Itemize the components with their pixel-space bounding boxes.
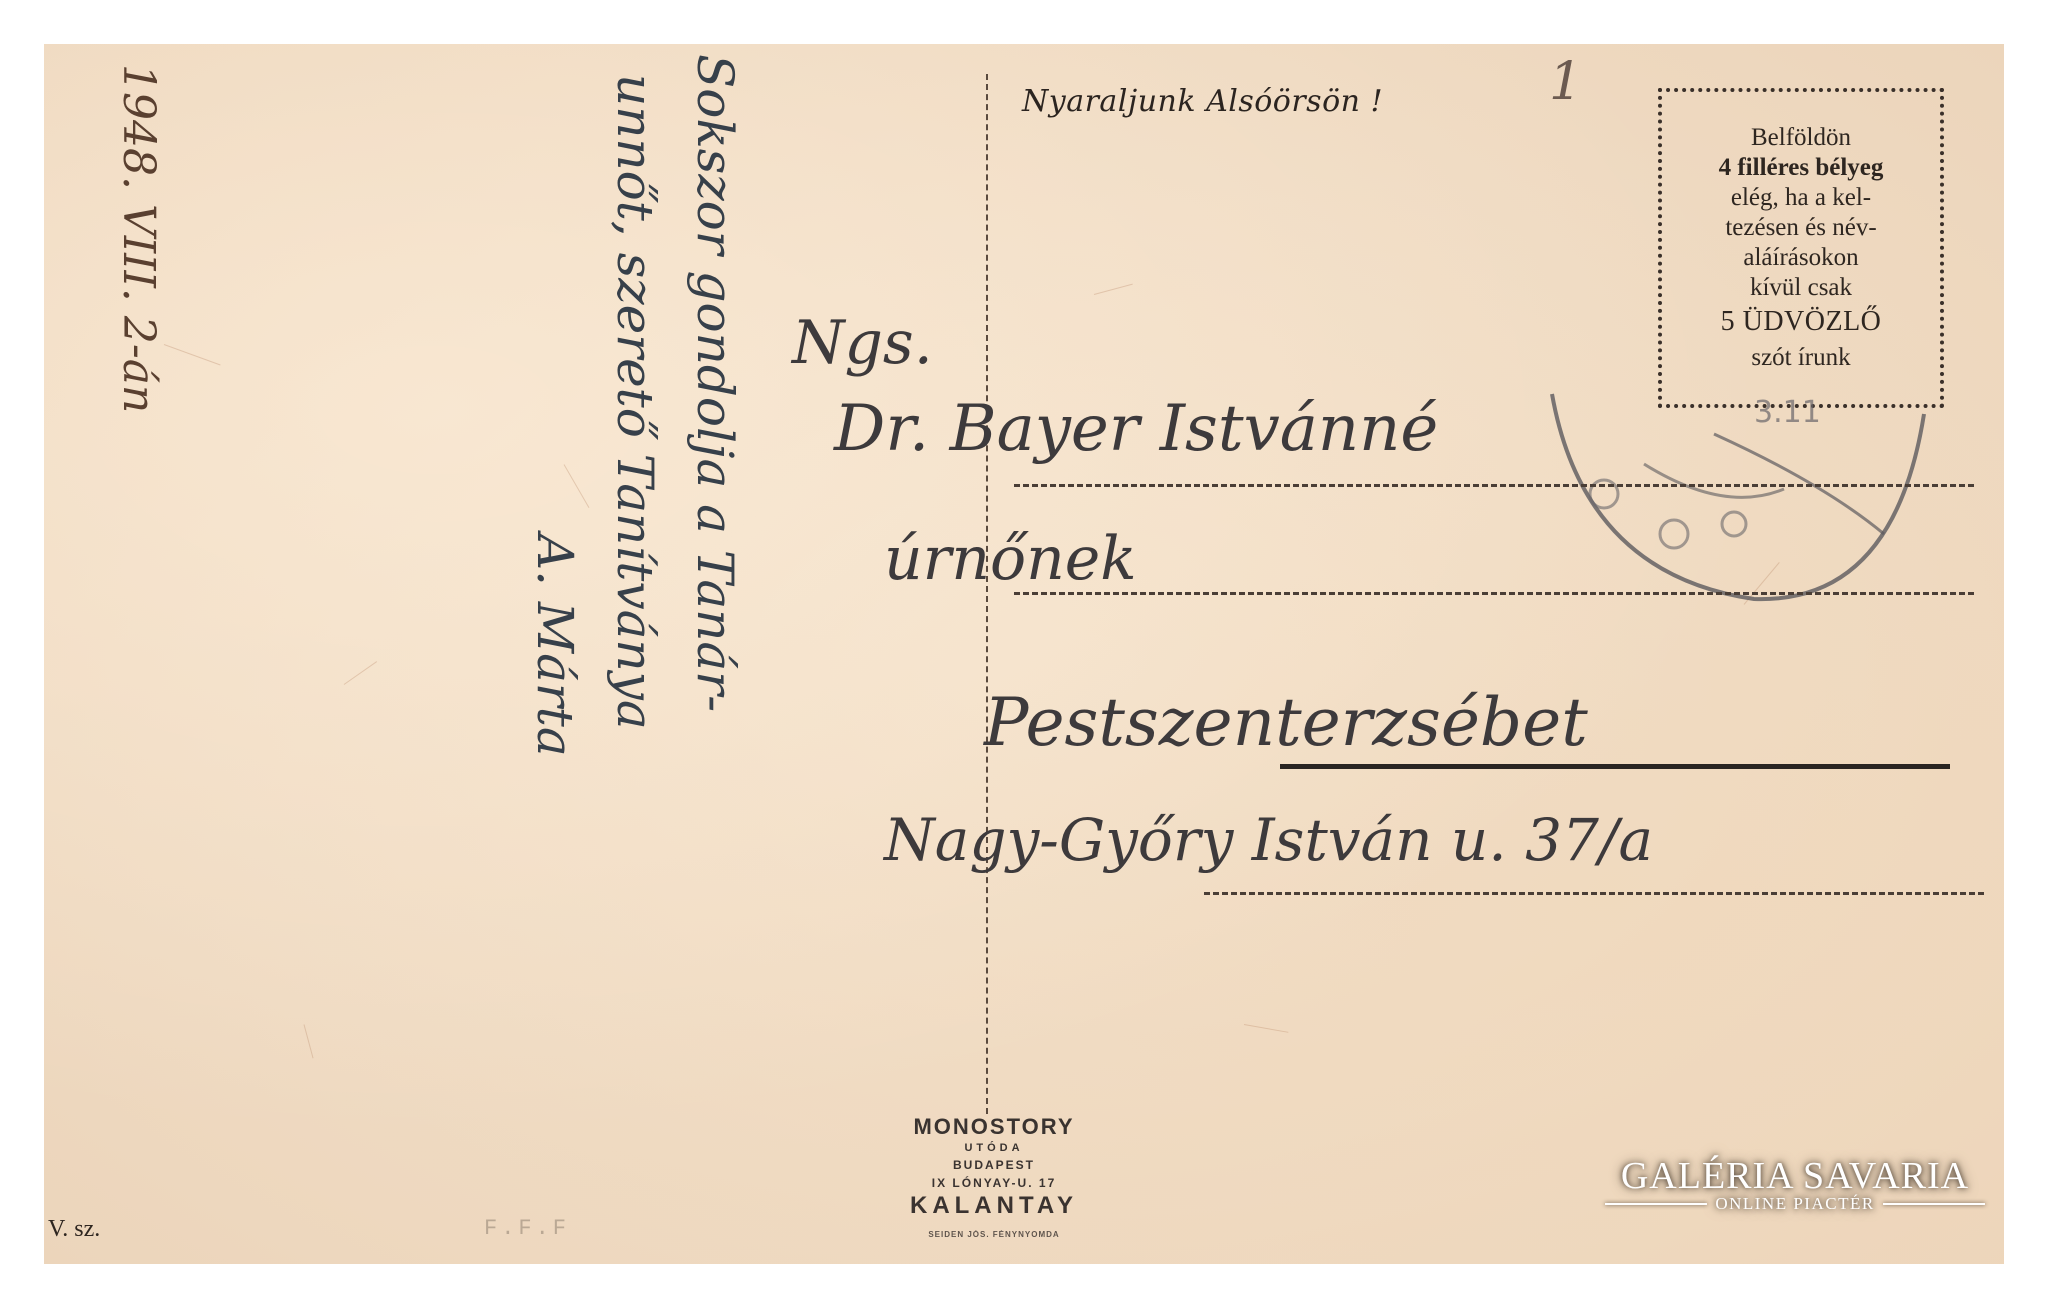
watermark-subtitle-row: ONLINE PIACTÉR [1605, 1194, 1985, 1214]
publisher-name: MONOSTORY [884, 1114, 1104, 1140]
printer-credit: SEIDEN JÓS. FÉNYNYOMDA [884, 1230, 1104, 1239]
address-name: Dr. Bayer Istvánné [834, 392, 1438, 466]
stamp-text-line: kívül csak [1750, 273, 1852, 303]
center-divider [986, 74, 988, 1114]
postcard-back: 1948. VIII. 2-án Sokszor gondolja a Taná… [44, 44, 2004, 1264]
publisher-address: IX LÓNYAY-U. 17 [884, 1176, 1104, 1190]
postmark-icon: 3.11 [1524, 374, 1944, 654]
stamp-text-line: szót írunk [1751, 343, 1850, 373]
pencil-mark: 1 [1549, 52, 1582, 112]
address-city-underline [1280, 764, 1950, 769]
paper-fiber [1094, 284, 1133, 295]
publisher-city: BUDAPEST [884, 1158, 1104, 1172]
paper-fiber [304, 1024, 314, 1058]
address-line-2 [1014, 592, 1974, 595]
address-line-1 [1014, 484, 1974, 487]
watermark-rule [1883, 1203, 1985, 1205]
stamp-text-line: Belföldön [1751, 123, 1851, 153]
stamp-text-line: aláírásokon [1743, 243, 1858, 273]
watermark-subtitle: ONLINE PIACTÉR [1715, 1194, 1874, 1214]
handwritten-date: 1948. VIII. 2-án [113, 64, 164, 413]
stamp-text-line: elég, ha a kel- [1731, 183, 1871, 213]
address-street: Nagy-Győry István u. 37/a [884, 806, 1653, 874]
watermark-title: GALÉRIA SAVARIA [1605, 1156, 1985, 1196]
message-signature: A. Márta [526, 534, 584, 757]
stamp-text-line: 4 filléres bélyeg [1719, 153, 1884, 183]
printed-header: Nyaraljunk Alsóörsön ! [1022, 84, 1383, 119]
message-line-2: unnőt, szerető Tanítványa [606, 74, 664, 730]
publisher-brand: KALANTAY [884, 1192, 1104, 1220]
message-line-1: Sokszor gondolja a Tanár- [686, 54, 744, 712]
publisher-imprint: MONOSTORY UTÓDA BUDAPEST IX LÓNYAY-U. 17… [884, 1114, 1104, 1239]
series-mark: V. sz. [48, 1216, 100, 1243]
stamp-box: Belföldön 4 filléres bélyeg elég, ha a k… [1658, 88, 1944, 408]
paper-fiber [344, 661, 377, 685]
paper-fiber [564, 464, 590, 508]
watermark-rule [1605, 1203, 1707, 1205]
paper-fiber [164, 344, 221, 365]
publisher-sub: UTÓDA [884, 1142, 1104, 1154]
watermark-logo: GALÉRIA SAVARIA ONLINE PIACTÉR [1605, 1156, 1985, 1214]
postmark-date: 3.11 [1754, 395, 1821, 430]
address-name-line-2: úrnőnek [884, 524, 1137, 594]
stamp-text-line: 5 ÜDVÖZLŐ [1721, 307, 1882, 337]
faint-print-mark: F.F.F [484, 1216, 570, 1241]
stamp-text-line: tezésen és név- [1725, 213, 1876, 243]
address-line-3 [1204, 892, 1984, 895]
paper-fiber [1244, 1024, 1288, 1033]
address-title: Ngs. [792, 308, 933, 378]
address-city: Pestszenterzsébet [984, 684, 1588, 761]
